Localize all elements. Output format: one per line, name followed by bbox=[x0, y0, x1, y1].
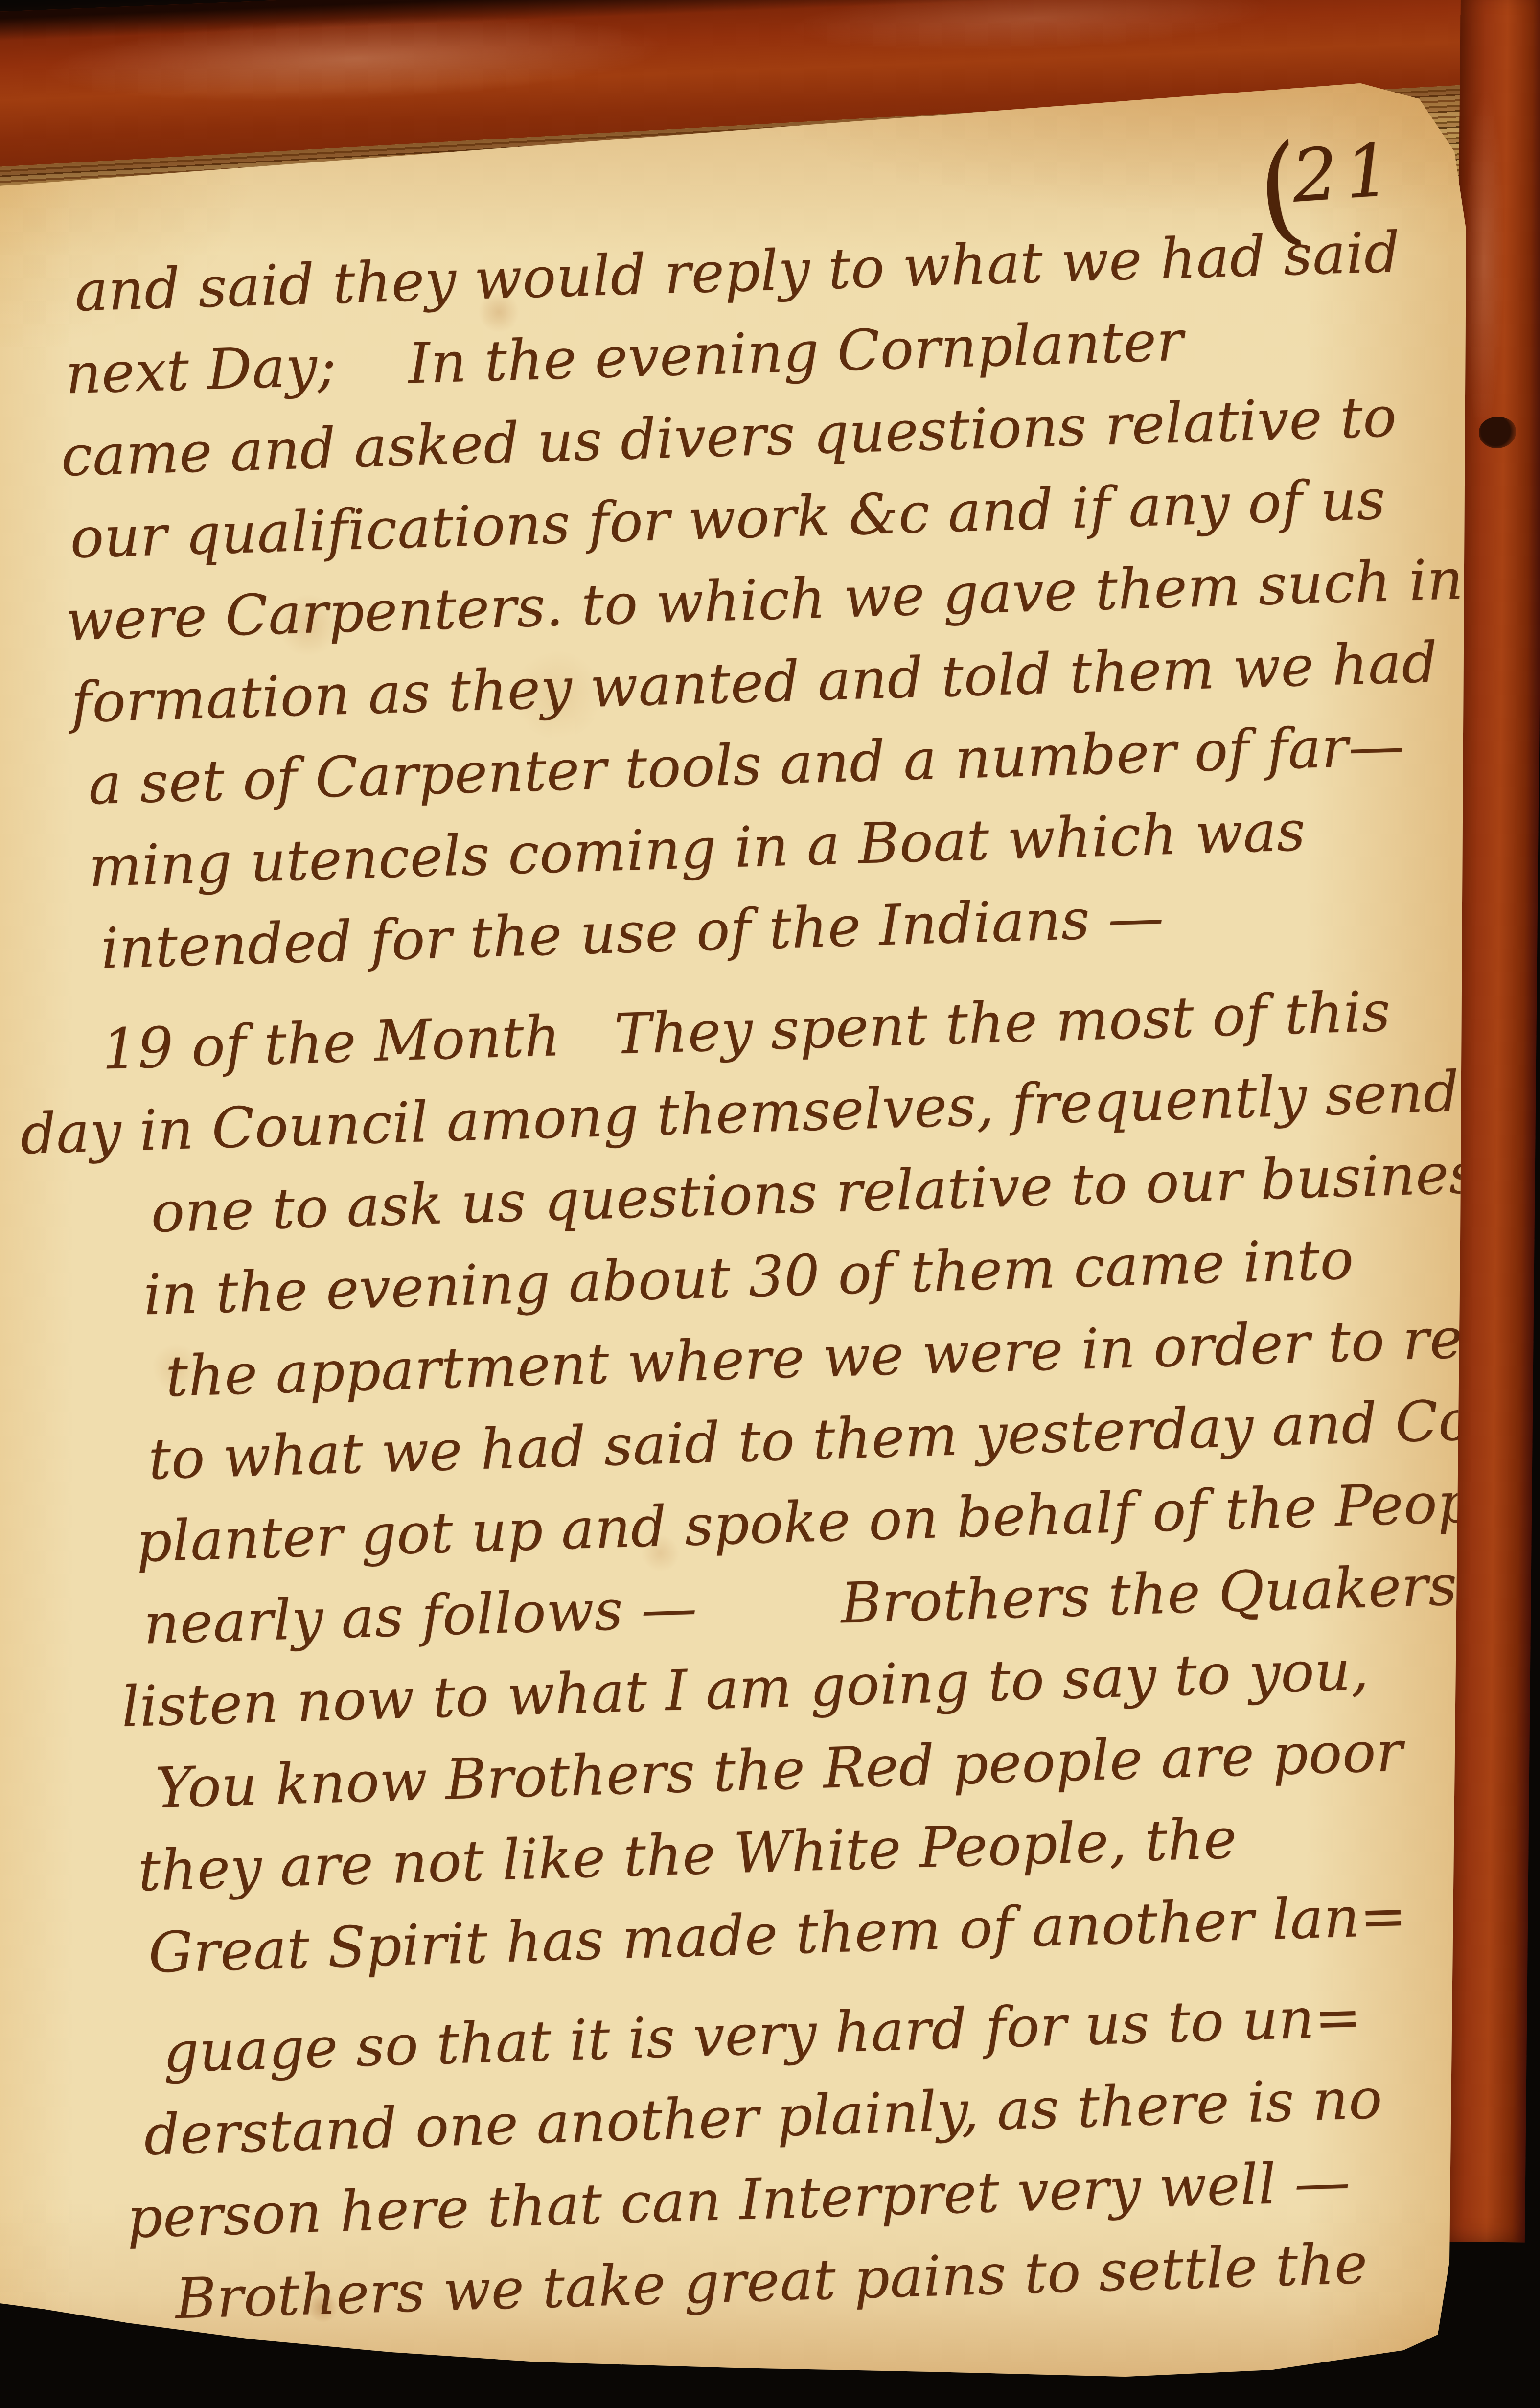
manuscript-page: (21 and said they would reply to what we… bbox=[0, 69, 1467, 2388]
manuscript-text: and said they would reply to what we had… bbox=[68, 207, 1540, 2341]
scanned-book-photo: (21 and said they would reply to what we… bbox=[0, 0, 1540, 2408]
